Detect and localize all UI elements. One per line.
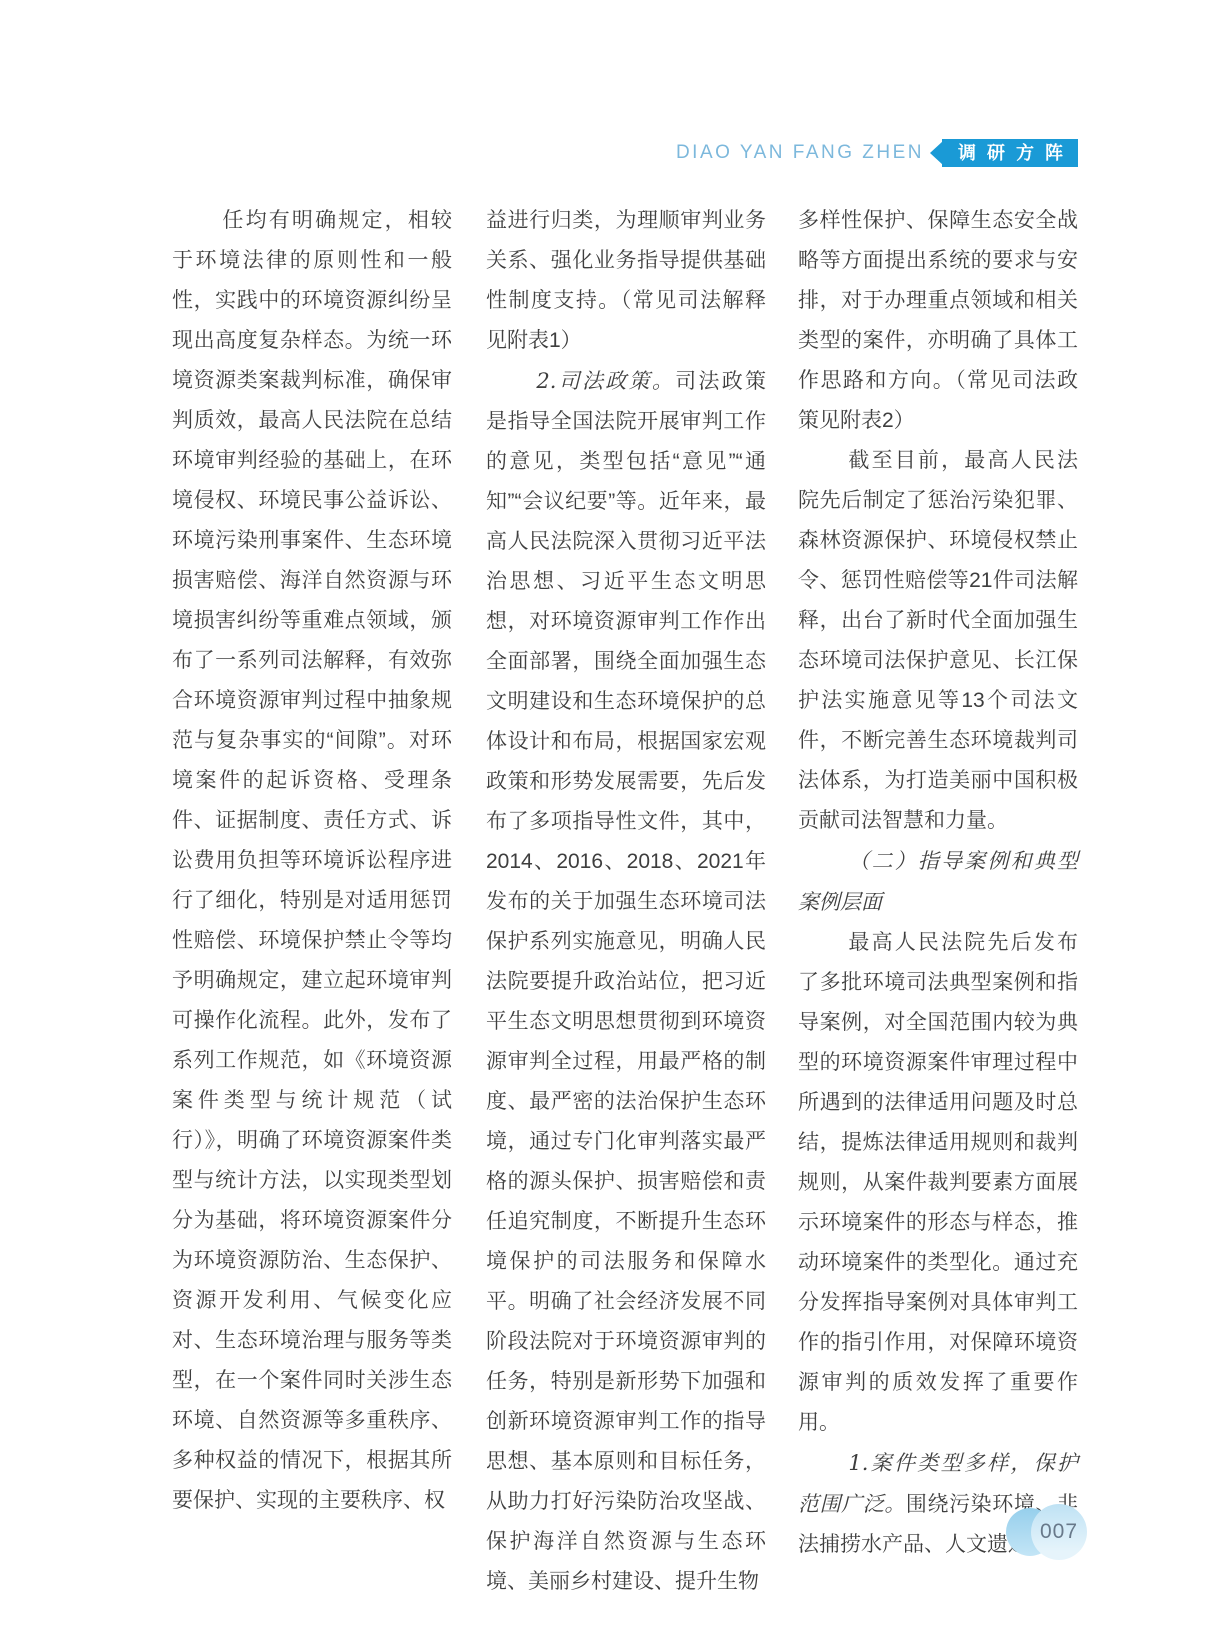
paragraph-text: 多样性保护、保障生态安全战略等方面提出系统的要求与安排，对于办理重点领域和相关类… xyxy=(798,209,1078,432)
page-number-badge: 007 xyxy=(1004,1503,1090,1561)
text-column-1: 任均有明确规定，相较于环境法律的原则性和一般性，实践中的环境资源纠纷呈现出高度复… xyxy=(172,201,452,1521)
decorative-circle-icon: 007 xyxy=(1031,1504,1087,1560)
paragraph-text: 最高人民法院先后发布了多批环境司法典型案例和指导案例，对全国范围内较为典型的环境… xyxy=(798,931,1078,1434)
paragraph: 截至目前，最高人民法院先后制定了惩治污染犯罪、森林资源保护、环境侵权禁止令、惩罚… xyxy=(798,441,1078,841)
paragraph: 2.司法政策。司法政策是指导全国法院开展审判工作的意见，类型包括“意见”“通知”… xyxy=(486,361,766,1602)
paragraph-subheading: （二）指导案例和典型案例层面 xyxy=(798,841,1078,923)
paragraph-lead-kai: 2.司法政策。 xyxy=(536,369,675,393)
paragraph: 多样性保护、保障生态安全战略等方面提出系统的要求与安排，对于办理重点领域和相关类… xyxy=(798,201,1078,441)
paragraph-text: 截至目前，最高人民法院先后制定了惩治污染犯罪、森林资源保护、环境侵权禁止令、惩罚… xyxy=(798,449,1078,832)
text-column-3: 多样性保护、保障生态安全战略等方面提出系统的要求与安排，对于办理重点领域和相关类… xyxy=(798,201,1078,1565)
paragraph-text: 任均有明确规定，相较于环境法律的原则性和一般性，实践中的环境资源纠纷呈现出高度复… xyxy=(172,209,452,1512)
header-pinyin: DIAO YAN FANG ZHEN xyxy=(676,139,924,167)
header-section-badge: 调研方阵 xyxy=(942,139,1078,167)
paragraph: 最高人民法院先后发布了多批环境司法典型案例和指导案例，对全国范围内较为典型的环境… xyxy=(798,923,1078,1443)
paragraph: 益进行归类，为理顺审判业务关系、强化业务指导提供基础性制度支持。（常见司法解释见… xyxy=(486,201,766,361)
subheading-text: （二）指导案例和典型案例层面 xyxy=(798,849,1078,914)
paragraph-text: 益进行归类，为理顺审判业务关系、强化业务指导提供基础性制度支持。（常见司法解释见… xyxy=(486,209,766,352)
page-number: 007 xyxy=(1040,1520,1078,1544)
paragraph-text: 司法政策是指导全国法院开展审判工作的意见，类型包括“意见”“通知”“会议纪要”等… xyxy=(486,370,766,1593)
text-column-2: 益进行归类，为理顺审判业务关系、强化业务指导提供基础性制度支持。（常见司法解释见… xyxy=(486,201,766,1602)
page-header: DIAO YAN FANG ZHEN 调研方阵 xyxy=(0,138,1078,168)
paragraph: 任均有明确规定，相较于环境法律的原则性和一般性，实践中的环境资源纠纷呈现出高度复… xyxy=(172,201,452,1521)
